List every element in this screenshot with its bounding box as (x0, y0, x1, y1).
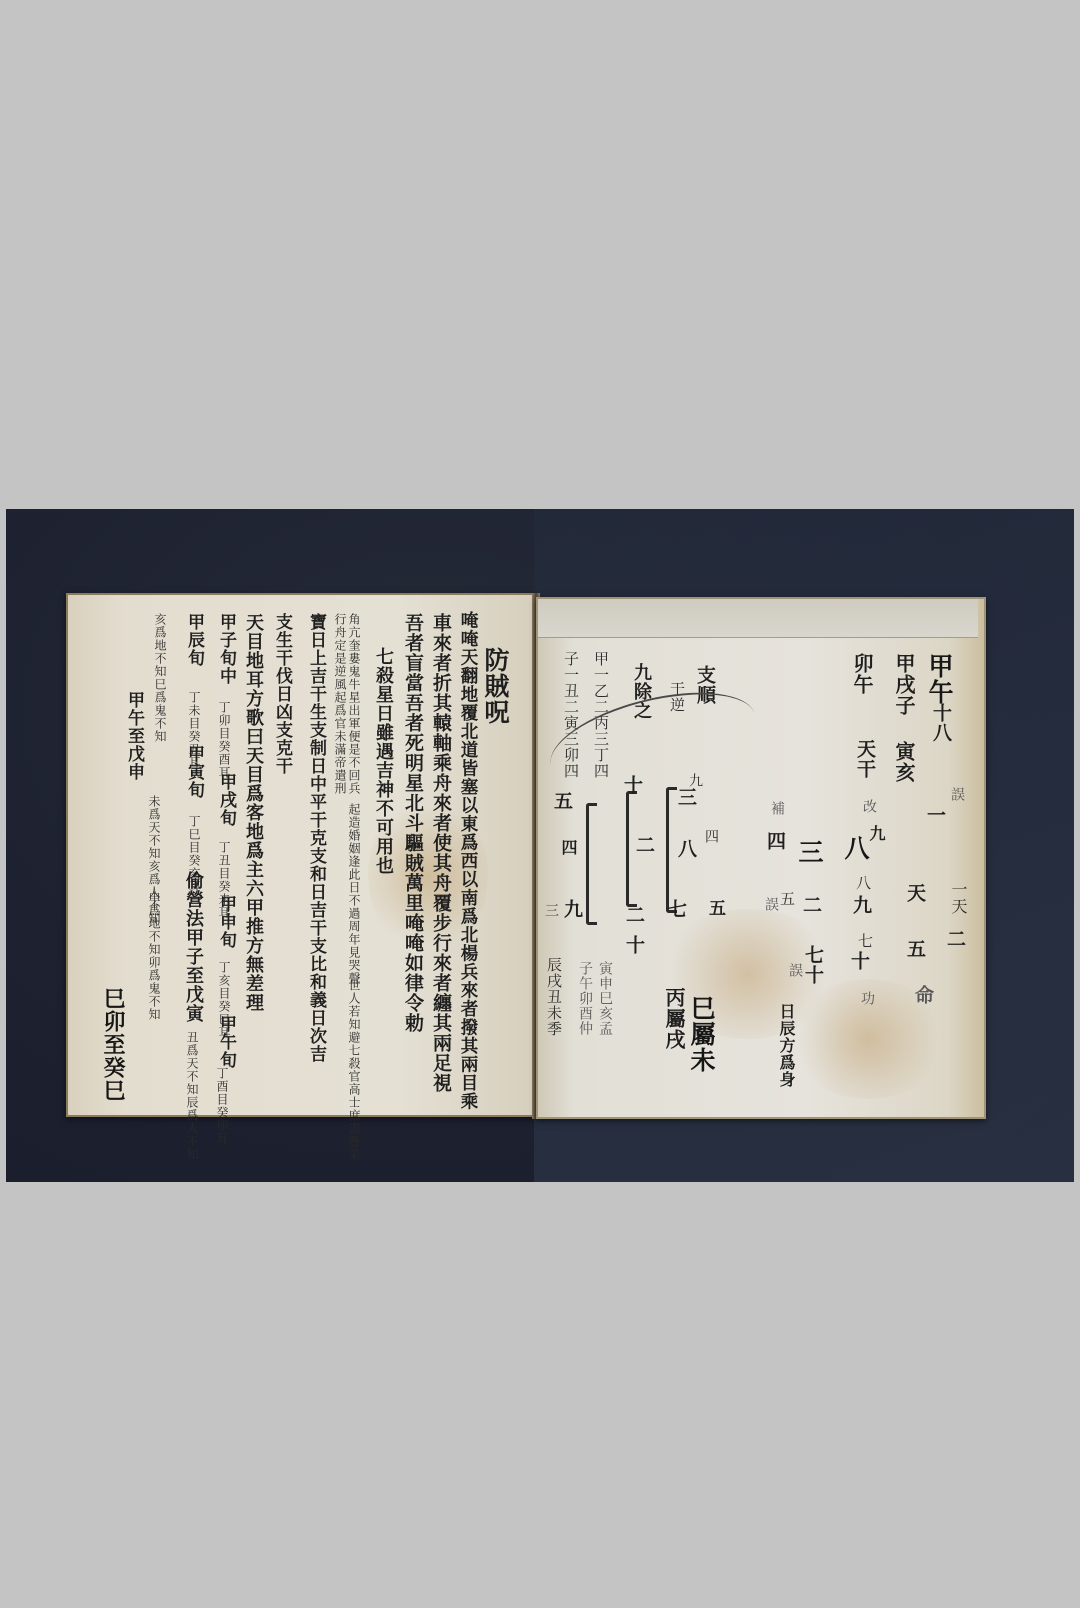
text-column-12: 甲辰旬 (185, 613, 202, 667)
text-column-5: 寶日上吉干生支制日中平干克支和日吉干支比和義日次吉 (307, 613, 324, 1063)
number-ba: 八 (843, 835, 868, 861)
note-column-12: 亥爲地不知巳爲鬼不知 (154, 613, 166, 743)
text-column-16: 巳卯至癸巳 (102, 987, 124, 1102)
bracket-number: 七 (666, 899, 685, 919)
bracket-number: 九 (688, 773, 702, 788)
right-page: 甲午 甲戌子 寅亥 卯午 十八 一 誤 天 一天 二 五 命 天干 改 九 八 … (536, 597, 986, 1119)
note-zhong: 子午卯酉仲 (578, 961, 592, 1036)
open-book: 防賊呪 唵唵天翻地覆北道皆塞以東爲西以南爲北楊兵來者撥其兩目乘 車來者折其轅軸乘… (66, 585, 996, 1145)
text-column-1: 唵唵天翻地覆北道皆塞以東爲西以南爲北楊兵來者撥其兩目乘 (459, 611, 477, 1111)
heading-column-2: 甲戌子 寅亥 (894, 653, 914, 783)
text-column-15: 甲午至戊申 (125, 691, 142, 781)
note-column-4: 世人若知避七殺官高士庶盡豐榮 (348, 979, 360, 1161)
bracket-number: 三 (676, 787, 695, 807)
number-shi: 十 (849, 951, 868, 971)
bracket-3 (586, 803, 597, 925)
left-page: 防賊呪 唵唵天翻地覆北道皆塞以東爲西以南爲北楊兵來者撥其兩目乘 車來者折其轅軸乘… (66, 593, 536, 1117)
number-ba-small: 八 (855, 875, 870, 891)
number-jiu-2: 九 (851, 895, 870, 915)
note-ji: 辰戌丑未季 (546, 957, 561, 1037)
number-yitian: 一天 (950, 881, 966, 915)
bracket-number: 五 (552, 791, 571, 811)
annotation-wu: 誤 (950, 787, 964, 802)
note-column-8: 丁酉目癸卯耳 (216, 1067, 228, 1145)
text-column-8: 甲子旬中 (217, 613, 234, 685)
text-column-7: 天目地耳方歌曰天目爲客地爲主六甲推方無差理 (244, 613, 262, 1012)
text-column-4: 七殺星日雖遇吉神不可用也 (374, 647, 392, 875)
folded-paper-flap (538, 599, 978, 638)
annotation-wu-3: 誤 (788, 963, 802, 978)
manuscript-photo: 防賊呪 唵唵天翻地覆北道皆塞以東爲西以南爲北楊兵來者撥其兩目乘 車來者折其轅軸乘… (6, 509, 1074, 1182)
note-column-5: 丁卯目癸酉耳 (218, 701, 230, 779)
annotation-gong: 功 (860, 991, 874, 1006)
number-qishi: 七十 (803, 945, 822, 985)
annotation-wu-2: 誤 (764, 897, 778, 912)
annotation-bu: 補 (770, 801, 784, 816)
number-er: 二 (945, 929, 964, 949)
bracket-number: 二 (634, 835, 653, 855)
text-column-10: 甲申旬 (217, 895, 234, 949)
bracket-number: 四 (560, 839, 576, 856)
note-column-14: 申爲地不知卯爲鬼不知 (148, 891, 160, 1021)
note-column-3: 起造婚姻逢此日不過周年見哭聲 (348, 803, 360, 985)
heading-jiawu: 甲午 (927, 653, 952, 705)
bracket-number: 四 (704, 829, 718, 844)
bracket-number: 八 (676, 839, 695, 859)
number-shiba: 十八 (931, 703, 950, 743)
number-san: 三 (797, 839, 822, 865)
number-si: 四 (765, 831, 784, 851)
note-column-2: 行舟定是逆風起爲官未滿帝遣刑 (334, 613, 346, 795)
number-wu: 五 (905, 939, 924, 959)
page-title: 防賊呪 (483, 647, 508, 725)
bracket-number: 二 (624, 905, 643, 925)
note-column-1: 角亢奎婁鬼牛星出軍便是不回兵 (348, 613, 360, 795)
bracket-number: 十 (624, 935, 643, 955)
character-ming: 命 (913, 985, 932, 1005)
character-heading: 天干 (855, 739, 874, 779)
note-richen: 日辰方爲身 (778, 1003, 794, 1088)
text-column-14: 偷營法甲子至戊寅 (184, 871, 202, 1023)
text-column-11: 甲午旬 (217, 1015, 234, 1069)
text-column-6: 支生干伐日凶支克干 (273, 613, 290, 775)
text-column-2: 車來者折其轅軸乘舟來者使其舟覆步行來者纏其兩足視 (431, 613, 450, 1093)
number-yi: 一 (925, 805, 944, 825)
number-er-2: 二 (801, 895, 820, 915)
annotation-gai: 改 (862, 799, 876, 814)
number-tian: 天 (905, 883, 924, 903)
number-jiu: 九 (868, 825, 884, 842)
text-column-3: 吾者盲當吾者死明星北斗驅賊萬里唵唵如律令勅 (403, 613, 422, 1033)
note-column-11: 丑爲天不知辰爲人不知 (186, 1031, 198, 1161)
text-column-9: 甲戌旬 (217, 773, 234, 827)
bracket-number: 九 (562, 899, 581, 919)
bracket-number: 五 (706, 899, 723, 917)
number-wu-2: 五 (779, 891, 794, 907)
heading-column-3: 卯午 (852, 653, 872, 695)
note-bingshuxu: 丙屬戌 (664, 987, 684, 1050)
note-meng: 寅申巳亥孟 (598, 961, 612, 1036)
note-sishuwei: 巳屬未 (689, 995, 714, 1073)
number-qi: 七 (857, 933, 872, 949)
bracket-number: 三 (544, 903, 558, 918)
text-column-13: 甲寅旬 (185, 745, 202, 799)
bracket-number: 十 (622, 775, 641, 795)
